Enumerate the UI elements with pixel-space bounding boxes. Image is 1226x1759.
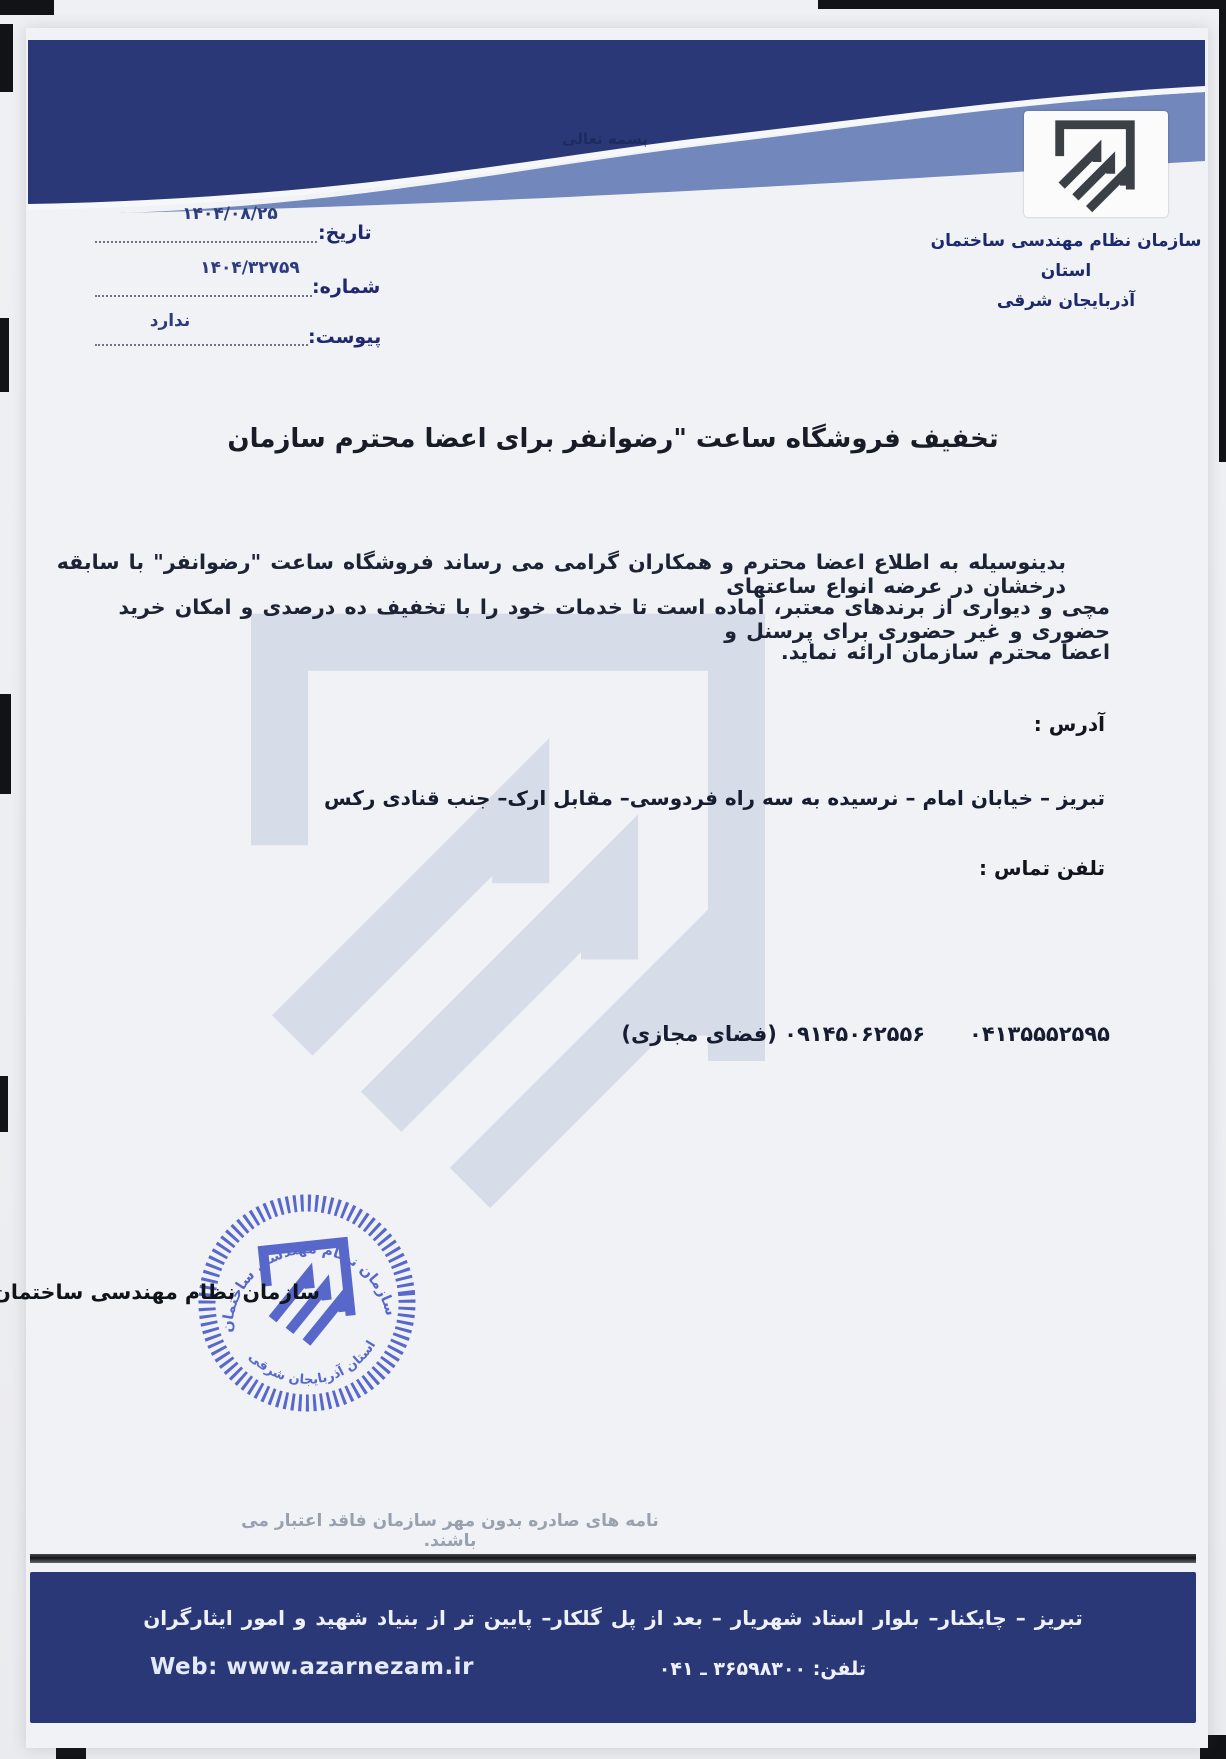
footer-phone: تلفن: ۳۶۵۹۸۳۰۰ ـ ۰۴۱ [659, 1658, 866, 1680]
attachment-dotted-line [95, 344, 308, 346]
organization-name-line1: سازمان نظام مهندسی ساختمان استان [930, 226, 1202, 286]
organization-name: سازمان نظام مهندسی ساختمان استان آذربایج… [930, 226, 1202, 316]
watermark-logo [178, 566, 838, 1226]
body-line-2: مچی و دیواری از برندهای معتبر، آماده است… [40, 595, 1110, 643]
number-label: شماره: [312, 276, 380, 298]
number-dotted-line [95, 295, 312, 297]
bismillah-text: بسمه تعالی [505, 130, 705, 148]
body-line-3: اعضا محترم سازمان ارائه نماید. [40, 640, 1110, 664]
organization-name-line2: آذربایجان شرقی [930, 286, 1202, 316]
number-value: ۱۴۰۴/۳۲۷۵۹ [165, 258, 335, 278]
separator-line [30, 1554, 1196, 1563]
date-value: ۱۴۰۴/۰۸/۲۵ [150, 204, 310, 224]
organization-logo-icon [1024, 111, 1168, 217]
address-value: تبریز – خیابان امام – نرسیده به سه راه ف… [324, 786, 1105, 810]
address-label: آدرس : [1034, 712, 1105, 736]
attachment-label: پیوست: [308, 326, 381, 348]
phone-label: تلفن تماس : [979, 856, 1105, 880]
footer-website: Web: www.azarnezam.ir [150, 1654, 474, 1680]
scan-artifact [0, 1076, 8, 1132]
attachment-value: ندارد [110, 311, 230, 331]
scan-artifact [0, 694, 11, 794]
stamp-overlay-text: سازمان نظام مهندسی ساختمان استان [0, 1280, 320, 1304]
footer-bar: تبریز – چایکنار– بلوار استاد شهریار – بع… [30, 1572, 1196, 1723]
organization-logo-box [1024, 111, 1168, 217]
scanned-letter-page: بسمه تعالی سازمان نظام مهندسی ساختمان اس… [0, 0, 1226, 1759]
letter-title: تخفیف فروشگاه ساعت "رضوانفر برای اعضا مح… [60, 424, 1166, 454]
date-dotted-line [95, 241, 317, 243]
phone-value: ۰۴۱۳۵۵۵۲۵۹۵ ۰۹۱۴۵۰۶۲۵۵۶ (فضای مجازی) [621, 1022, 1110, 1046]
body-line-1: بدینوسیله به اطلاع اعضا محترم و همکاران … [40, 550, 1110, 598]
footer-address: تبریز – چایکنار– بلوار استاد شهریار – بع… [70, 1606, 1156, 1630]
validity-note: نامه های صادره بدون مهر سازمان فاقد اعتب… [225, 1511, 675, 1551]
date-label: تاریخ: [318, 222, 372, 244]
